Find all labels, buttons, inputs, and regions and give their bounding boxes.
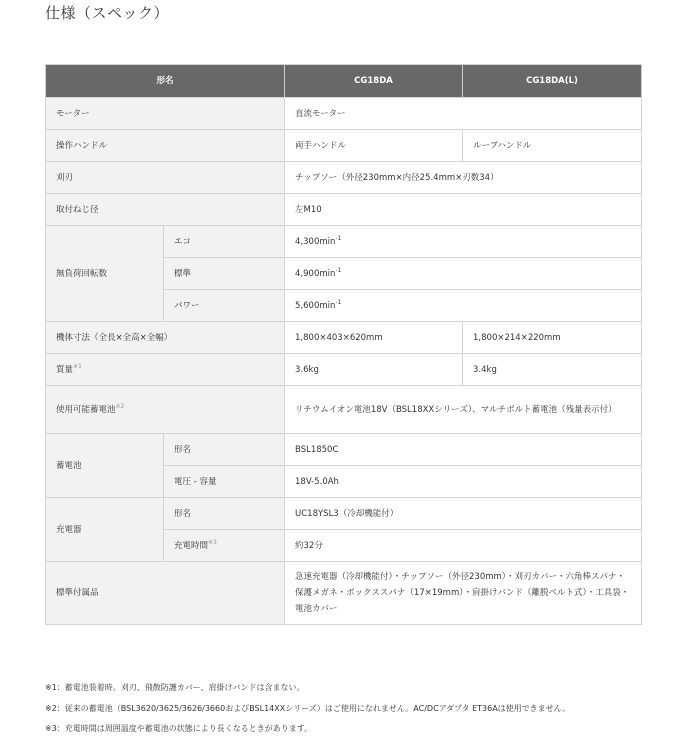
header-model-label: 形名 bbox=[46, 65, 285, 98]
row-value: 直流モーター bbox=[285, 98, 642, 130]
row-label: 刈刃 bbox=[46, 162, 285, 194]
row-sublabel: 形名 bbox=[164, 498, 285, 530]
row-value-col2: 1,800×214×220mm bbox=[463, 322, 642, 354]
table-row-handle: 操作ハンドル 両手ハンドル ループハンドル bbox=[46, 130, 642, 162]
row-label: 標準付属品 bbox=[46, 562, 285, 625]
spec-table: 形名 CG18DA CG18DA(L) モーター 直流モーター 操作ハンドル 両… bbox=[45, 64, 642, 625]
row-sublabel: エコ bbox=[164, 226, 285, 258]
footnote-2: ※2：従来の蓄電池（BSL3620/3625/3626/3660およびBSL14… bbox=[45, 702, 570, 723]
row-value: 急速充電器（冷却機能付）・チップソー（外径230mm）・刈刃カバー・六角棒スパナ… bbox=[285, 562, 642, 625]
row-label: 使用可能蓄電池※2 bbox=[46, 386, 285, 434]
row-sublabel: 形名 bbox=[164, 434, 285, 466]
table-row-accessories: 標準付属品 急速充電器（冷却機能付）・チップソー（外径230mm）・刈刃カバー・… bbox=[46, 562, 642, 625]
row-value-col1: 両手ハンドル bbox=[285, 130, 463, 162]
table-header-row: 形名 CG18DA CG18DA(L) bbox=[46, 65, 642, 98]
table-row-usable-battery: 使用可能蓄電池※2 リチウムイオン電池18V（BSL18XXシリーズ）、マルチボ… bbox=[46, 386, 642, 434]
row-value: 左M10 bbox=[285, 194, 642, 226]
table-row-mass: 質量※1 3.6kg 3.4kg bbox=[46, 354, 642, 386]
footnote-ref: ※1 bbox=[73, 363, 82, 370]
table-row-dims: 機体寸法（全長×全高×全幅） 1,800×403×620mm 1,800×214… bbox=[46, 322, 642, 354]
footnotes: ※1：蓄電池装着時。刈刃、飛散防護カバー、肩掛けバンドは含まない。 ※2：従来の… bbox=[45, 681, 570, 743]
row-sublabel: 電圧 - 容量 bbox=[164, 466, 285, 498]
row-value: UC18YSL3（冷却機能付） bbox=[285, 498, 642, 530]
table-row-motor: モーター 直流モーター bbox=[46, 98, 642, 130]
row-value: 4,900min-1 bbox=[285, 258, 642, 290]
row-value-col1: 1,800×403×620mm bbox=[285, 322, 463, 354]
table-row-charger-model: 充電器 形名 UC18YSL3（冷却機能付） bbox=[46, 498, 642, 530]
row-value-col2: 3.4kg bbox=[463, 354, 642, 386]
footnote-ref: ※3 bbox=[208, 539, 217, 546]
row-label: 無負荷回転数 bbox=[46, 226, 164, 322]
row-sublabel: パワー bbox=[164, 290, 285, 322]
table-row-screw: 取付ねじ径 左M10 bbox=[46, 194, 642, 226]
table-row-blade: 刈刃 チップソー（外径230mm×内径25.4mm×刃数34） bbox=[46, 162, 642, 194]
row-label: 充電器 bbox=[46, 498, 164, 562]
footnote-1: ※1：蓄電池装着時。刈刃、飛散防護カバー、肩掛けバンドは含まない。 bbox=[45, 681, 570, 702]
header-col2: CG18DA(L) bbox=[463, 65, 642, 98]
row-value: 5,600min-1 bbox=[285, 290, 642, 322]
row-sublabel: 充電時間※3 bbox=[164, 530, 285, 562]
row-label: 蓄電池 bbox=[46, 434, 164, 498]
row-value: BSL1850C bbox=[285, 434, 642, 466]
row-label: 機体寸法（全長×全高×全幅） bbox=[46, 322, 285, 354]
page-title: 仕様（スペック） bbox=[45, 2, 169, 23]
table-row-rpm-eco: 無負荷回転数 エコ 4,300min-1 bbox=[46, 226, 642, 258]
row-value-col1: 3.6kg bbox=[285, 354, 463, 386]
footnote-ref: ※2 bbox=[116, 403, 125, 410]
header-col1: CG18DA bbox=[285, 65, 463, 98]
row-label: 質量※1 bbox=[46, 354, 285, 386]
row-value-col2: ループハンドル bbox=[463, 130, 642, 162]
row-label: 取付ねじ径 bbox=[46, 194, 285, 226]
row-value: チップソー（外径230mm×内径25.4mm×刃数34） bbox=[285, 162, 642, 194]
footnote-3: ※3：充電時間は周囲温度や蓄電池の状態により長くなるときがあります。 bbox=[45, 722, 570, 743]
row-value: 約32分 bbox=[285, 530, 642, 562]
row-sublabel: 標準 bbox=[164, 258, 285, 290]
row-value: 18V-5.0Ah bbox=[285, 466, 642, 498]
row-value: リチウムイオン電池18V（BSL18XXシリーズ）、マルチボルト蓄電池（残量表示… bbox=[285, 386, 642, 434]
row-label: モーター bbox=[46, 98, 285, 130]
table-row-battery-model: 蓄電池 形名 BSL1850C bbox=[46, 434, 642, 466]
row-label: 操作ハンドル bbox=[46, 130, 285, 162]
row-value: 4,300min-1 bbox=[285, 226, 642, 258]
